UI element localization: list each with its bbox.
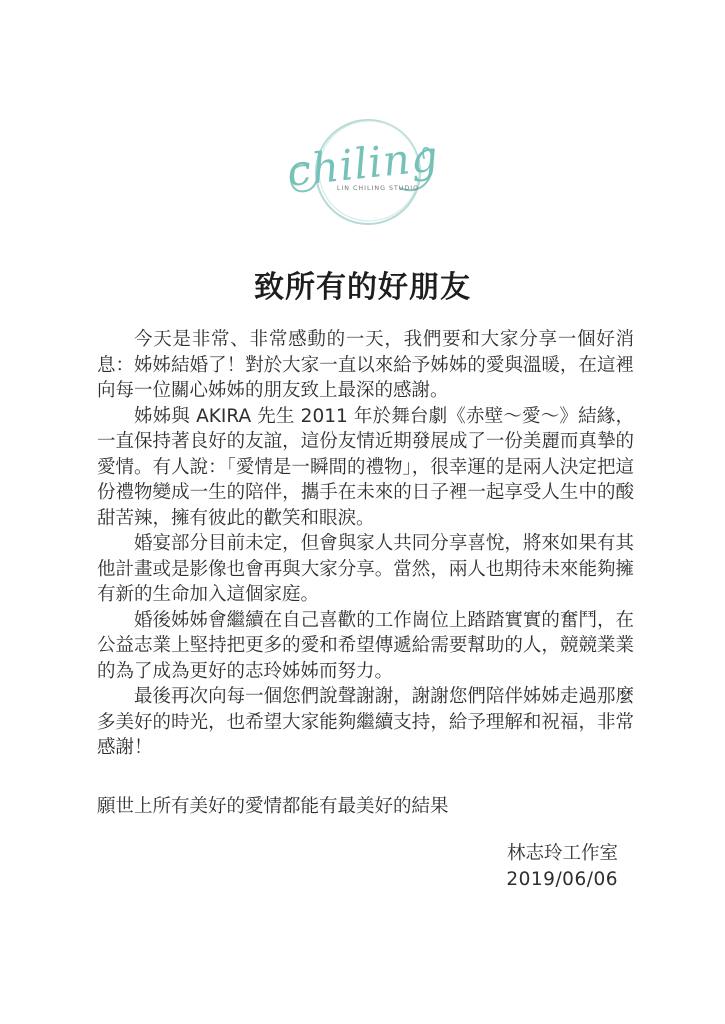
paragraph: 最後再次向每一個您們說聲謝謝，謝謝您們陪伴姊姊走過那麼多美好的時光，也希望大家能… <box>97 684 634 761</box>
signature-block: 林志玲工作室 2019/06/06 <box>97 841 634 893</box>
paragraph: 婚後姊姊會繼續在自己喜歡的工作崗位上踏踏實實的奮鬥，在公益志業上堅持把更多的愛和… <box>97 608 634 685</box>
paragraph: 姊姊與 AKIRA 先生 2011 年於舞台劇《赤壁～愛～》結緣，一直保持著良好… <box>97 404 634 532</box>
letter-page: chiling LIN CHILING STUDIO 致所有的好朋友 今天是非常… <box>0 0 725 1024</box>
signature-date: 2019/06/06 <box>97 867 618 893</box>
studio-logo: chiling LIN CHILING STUDIO <box>278 104 448 238</box>
paragraph: 婚宴部分目前未定，但會與家人共同分享喜悅，將來如果有其他計畫或是影像也會再與大家… <box>97 531 634 608</box>
signature-name: 林志玲工作室 <box>97 841 618 867</box>
closing-line: 願世上所有美好的愛情都能有最美好的結果 <box>97 794 634 820</box>
logo-caption: LIN CHILING STUDIO <box>337 185 419 192</box>
paragraph: 今天是非常、非常感動的一天，我們要和大家分享一個好消息：姊姊結婚了！對於大家一直… <box>97 327 634 404</box>
letter-title: 致所有的好朋友 <box>0 262 725 306</box>
logo-graphic: chiling LIN CHILING STUDIO <box>278 104 448 238</box>
letter-body: 今天是非常、非常感動的一天，我們要和大家分享一個好消息：姊姊結婚了！對於大家一直… <box>97 327 634 893</box>
